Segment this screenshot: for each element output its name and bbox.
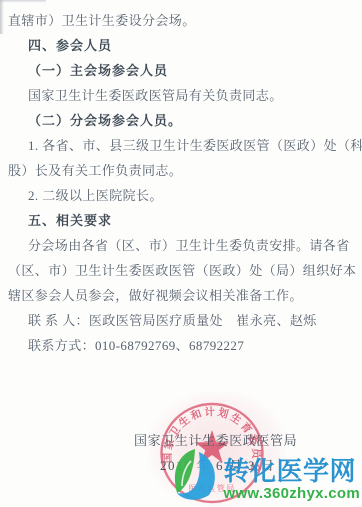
- para-main-venue-attendees: 国家卫生计生委医政医管局有关负责同志。: [8, 83, 356, 108]
- continuation-line: 直辖市）卫生计生委设分会场。: [8, 8, 356, 33]
- zhyx-logo-icon: [170, 447, 222, 501]
- subheading-branch-venue: （二）分会场参会人员。: [8, 108, 356, 133]
- section-heading-requirements: 五、相关要求: [8, 208, 356, 233]
- para-requirements-line-3: 辖区参会人员参会，做好视频会议相关准备工作。: [8, 283, 356, 308]
- contact-person-line: 联 系 人：医政医管局医疗质量处 崔永亮、赵烁: [8, 308, 356, 333]
- watermark-text: 转化医学网 www.360zhyx.com: [224, 458, 361, 501]
- item-1-line-1: 1. 各省、市、县三级卫生计生委医政医管（医政）处（科、: [8, 133, 356, 158]
- item-1-line-2: 股）长及有关工作负责同志。: [8, 158, 356, 183]
- watermark: 转化医学网 www.360zhyx.com: [170, 447, 361, 501]
- document-page: 直辖市）卫生计生委设分会场。 四、参会人员 （一）主会场参会人员 国家卫生计生委…: [0, 0, 362, 507]
- subheading-main-venue: （一）主会场参会人员: [8, 58, 356, 83]
- para-requirements-line-1: 分会场由各省（区、市）卫生计生委负责安排。请各省: [8, 233, 356, 258]
- watermark-site-name: 转化医学网: [224, 458, 357, 484]
- section-heading-participants: 四、参会人员: [8, 33, 356, 58]
- item-2: 2. 二级以上医院院长。: [8, 183, 356, 208]
- document-body: 直辖市）卫生计生委设分会场。 四、参会人员 （一）主会场参会人员 国家卫生计生委…: [0, 0, 362, 358]
- para-requirements-line-2: （区、市）卫生计生委医政医管（医政）处（局）组织好本: [8, 258, 356, 283]
- watermark-site-url: www.360zhyx.com: [224, 486, 361, 501]
- contact-phone-line: 联系方式：010-68792769、68792227: [8, 333, 356, 358]
